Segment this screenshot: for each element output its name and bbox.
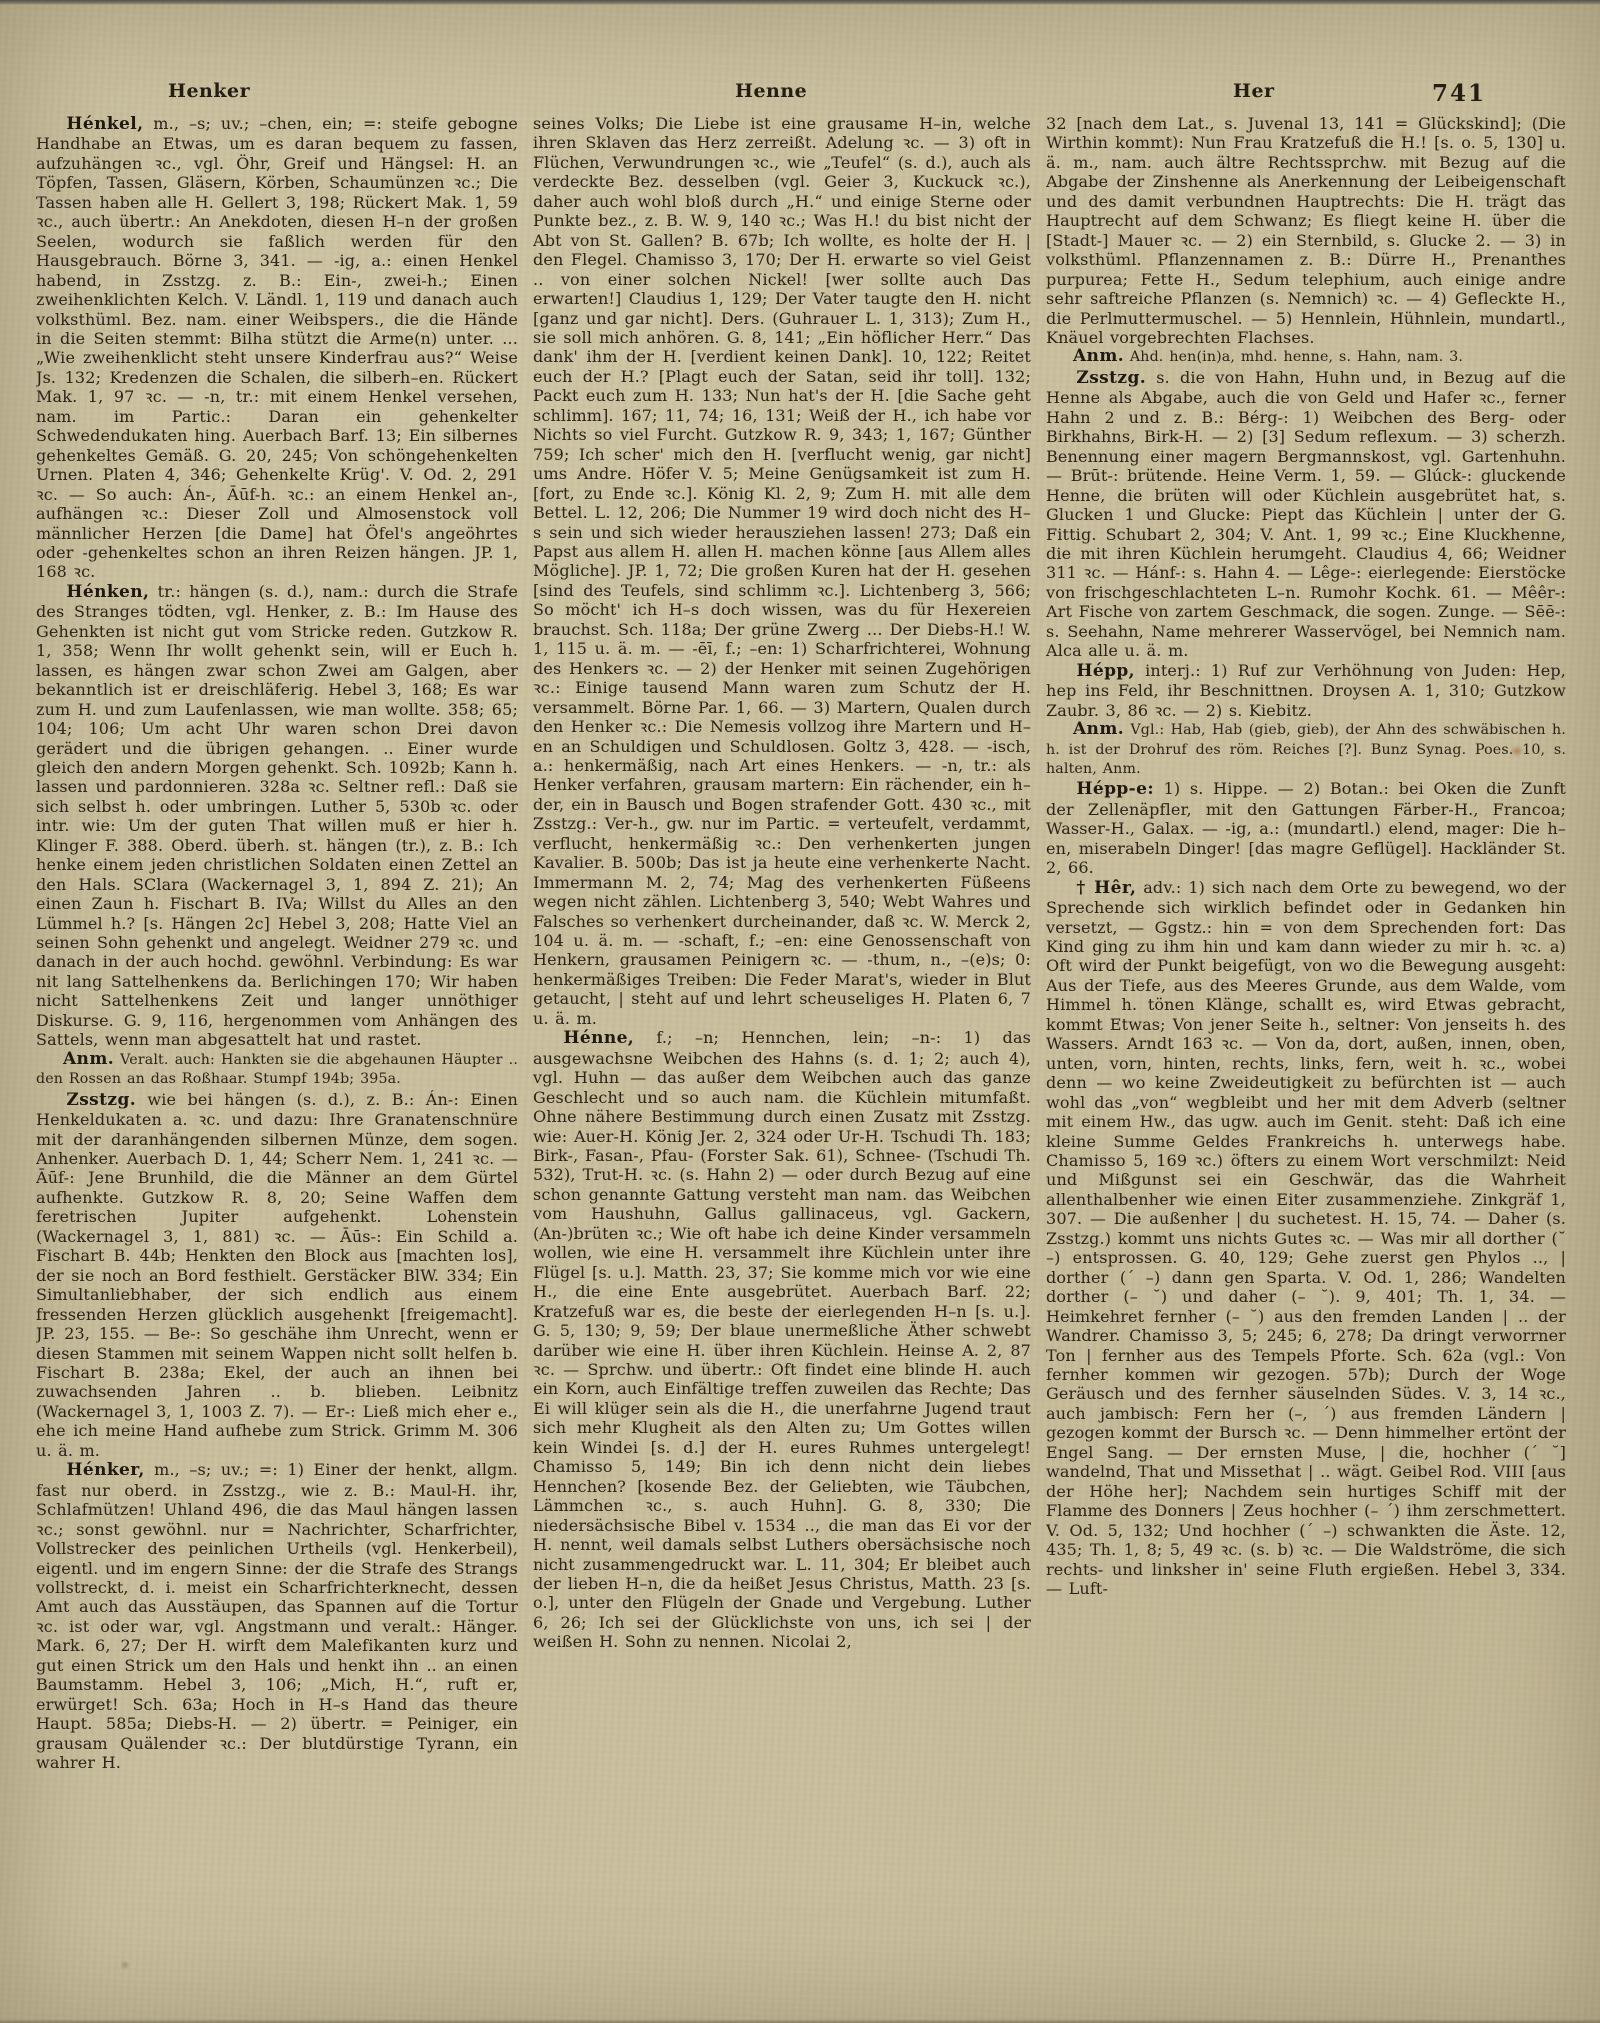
entry-henne-continuation: 32 [nach dem Lat., s. Juvenal 13, 141 = …: [1046, 114, 1566, 347]
headword: Hénkel,: [66, 114, 143, 134]
column-2: seines Volks; Die Liebe ist eine grausam…: [533, 114, 1031, 1924]
headword: Zsstzg.: [1076, 368, 1146, 388]
anm-henne: Anm. Ahd. hen(in)a, mhd. henne, s. Hahn,…: [1046, 347, 1566, 367]
page-header: Henker Henne Her 741: [0, 80, 1600, 114]
zsstzg-henne: Zsstzg. s. die von Hahn, Huhn und, in Be…: [1046, 368, 1566, 661]
guide-word-left: Henker: [168, 80, 250, 102]
guide-word-right: Her: [1233, 80, 1275, 102]
column-3: 32 [nach dem Lat., s. Juvenal 13, 141 = …: [1046, 114, 1566, 1924]
headword: Anm.: [63, 1049, 114, 1069]
headword: Anm.: [1073, 346, 1124, 366]
entry-heppe: Hépp-e: 1) s. Hippe. — 2) Botan.: bei Ok…: [1046, 779, 1566, 877]
entry-hepp: Hépp, interj.: 1) Ruf zur Verhöhnung von…: [1046, 661, 1566, 720]
headword: Hépp,: [1076, 661, 1135, 681]
paper-stain: [120, 1960, 130, 1970]
headword: † Hêr,: [1076, 878, 1136, 898]
page-number: 741: [1432, 80, 1486, 107]
zsstzg-henken: Zsstzg. wie bei hängen (s. d.), z. B.: Á…: [36, 1090, 518, 1461]
headword: Hépp-e:: [1076, 779, 1154, 799]
entry-henne: Hénne, f.; –n; Hennchen, lein; –n-: 1) d…: [533, 1028, 1031, 1652]
scan-edge-top: [0, 0, 1600, 5]
guide-word-center: Henne: [735, 80, 807, 102]
anm-hepp: Anm. Vgl.: Hab, Hab (gieb, gieb), der Ah…: [1046, 720, 1566, 779]
entry-henkel: Hénkel, m., –s; uv.; –chen, ein; =: stei…: [36, 114, 518, 582]
headword: Anm.: [1073, 719, 1124, 739]
column-1: Hénkel, m., –s; uv.; –chen, ein; =: stei…: [36, 114, 518, 1924]
entry-henker: Hénker, m., –s; uv.; =: 1) Einer der hen…: [36, 1460, 518, 1772]
anm-henken: Anm. Veralt. auch: Hankten sie die abgeh…: [36, 1050, 518, 1090]
headword: Hénken,: [66, 582, 149, 602]
dictionary-page: Henker Henne Her 741 Hénkel, m., –s; uv.…: [0, 0, 1600, 2023]
entry-henker-continuation: seines Volks; Die Liebe ist eine grausam…: [533, 114, 1031, 1028]
headword: Hénne,: [563, 1028, 634, 1048]
headword: Hénker,: [66, 1460, 144, 1480]
scan-edge-bottom: [0, 2019, 1600, 2023]
entry-her: † Hêr, adv.: 1) sich nach dem Orte zu be…: [1046, 878, 1566, 1599]
text-columns: Hénkel, m., –s; uv.; –chen, ein; =: stei…: [36, 114, 1566, 1924]
headword: Zsstzg.: [66, 1090, 136, 1110]
entry-henken: Hénken, tr.: hängen (s. d.), nam.: durch…: [36, 582, 518, 1050]
